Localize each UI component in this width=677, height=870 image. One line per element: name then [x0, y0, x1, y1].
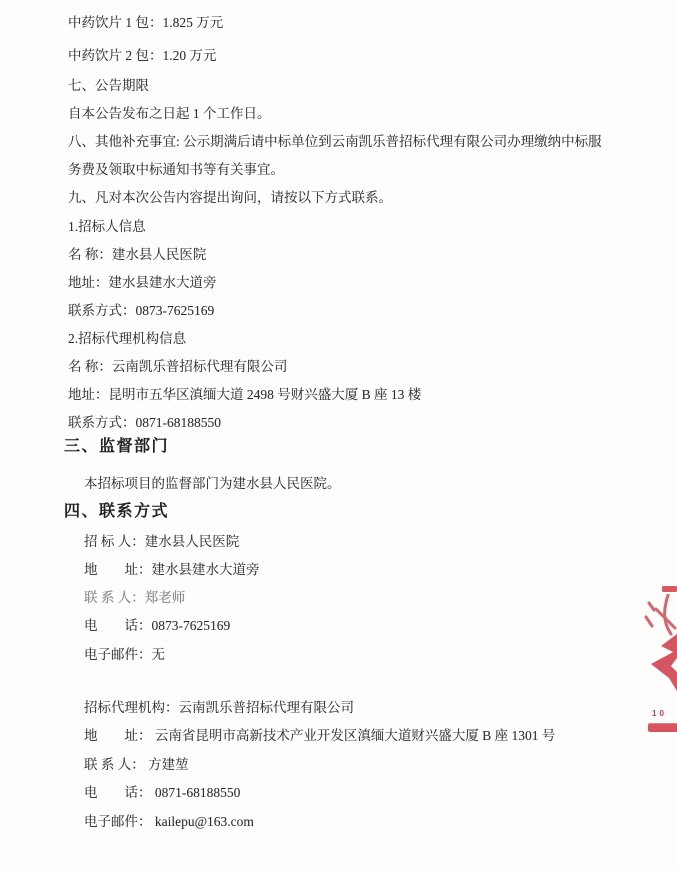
agency-block-name: 招标代理机构：云南凯乐普招标代理有限公司 — [84, 699, 354, 717]
price-line-2: 中药饮片 2 包：1.20 万元 — [68, 47, 217, 65]
tenderer-name: 名 称：建水县人民医院 — [68, 246, 206, 264]
section-4-contact-heading: 四、联系方式 — [64, 503, 169, 521]
stamp-character-fragment-icon — [644, 594, 677, 636]
contact-address: 地 址：建水县建水大道旁 — [84, 561, 260, 579]
contact-phone: 电 话：0873-7625169 — [84, 617, 230, 635]
tenderer-address: 地址：建水县建水大道旁 — [68, 274, 217, 292]
document-page: 中药饮片 1 包：1.825 万元 中药饮片 2 包：1.20 万元 七、公告期… — [0, 0, 677, 870]
section-3-supervision-heading: 三、监督部门 — [64, 438, 169, 456]
stamp-bar-icon — [648, 723, 677, 732]
section-7-heading: 七、公告期限 — [68, 77, 149, 95]
stamp-star-fragment-icon — [651, 634, 677, 692]
contact-email: 电子邮件：无 — [84, 646, 165, 664]
agency-block-phone: 电 话： 0871-68188550 — [84, 784, 240, 802]
section-8-supplementary-line2: 务费及领取中标通知书等有关事宜。 — [68, 161, 284, 179]
agency-contact: 联系方式：0871-68188550 — [68, 414, 221, 432]
agency-address: 地址：昆明市五华区滇缅大道 2498 号财兴盛大厦 B 座 13 楼 — [68, 386, 421, 404]
tenderer-info-label: 1.招标人信息 — [68, 218, 146, 236]
announcement-period-text: 自本公告发布之日起 1 个工作日。 — [68, 105, 271, 123]
agency-name: 名 称：云南凯乐普招标代理有限公司 — [68, 358, 287, 376]
stamp-bar-icon — [662, 586, 677, 592]
supervision-text: 本招标项目的监督部门为建水县人民医院。 — [84, 475, 341, 493]
agency-block-email: 电子邮件： kailepu@163.com — [84, 813, 254, 831]
agency-block-address: 地 址： 云南省昆明市高新技术产业开发区滇缅大道财兴盛大厦 B 座 1301 号 — [84, 727, 555, 745]
contact-person: 联 系 人：郑老师 — [84, 589, 185, 607]
agency-info-label: 2.招标代理机构信息 — [68, 330, 186, 348]
stamp-page-number: 10 — [652, 709, 667, 718]
section-9-inquiry-text: 九、凡对本次公告内容提出询问，请按以下方式联系。 — [68, 189, 392, 207]
tenderer-contact: 联系方式：0873-7625169 — [68, 302, 214, 320]
contact-tenderer: 招 标 人：建水县人民医院 — [84, 533, 239, 551]
section-8-supplementary-line1: 八、其他补充事宜: 公示期满后请中标单位到云南凯乐普招标代理有限公司办理缴纳中标… — [68, 133, 602, 151]
price-line-1: 中药饮片 1 包：1.825 万元 — [68, 14, 223, 32]
agency-block-person: 联 系 人： 方建堃 — [84, 756, 189, 774]
